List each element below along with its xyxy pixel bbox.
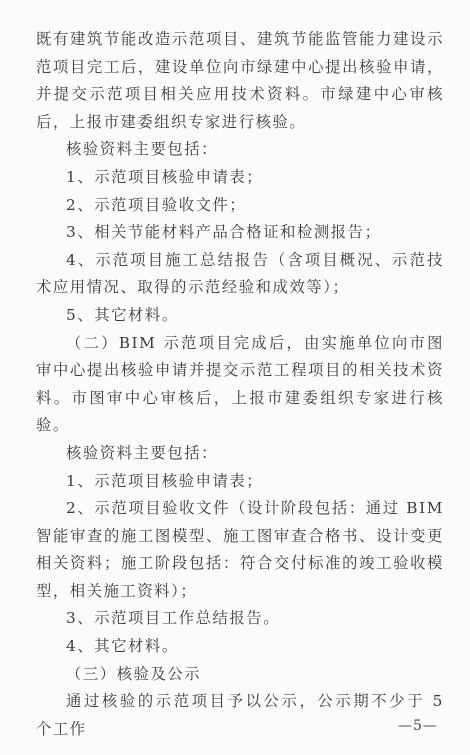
section-heading: （三）核验及公示 <box>36 661 444 689</box>
document-body: 既有建筑节能改造示范项目、建筑节能监管能力建设示范项目完工后，建设单位向市绿建中… <box>36 26 444 743</box>
list-item: 1、示范项目核验申请表； <box>36 468 444 496</box>
list-item: 4、其它材料。 <box>36 633 444 661</box>
document-page: 既有建筑节能改造示范项目、建筑节能监管能力建设示范项目完工后，建设单位向市绿建中… <box>0 0 470 755</box>
heading-materials: 核验资料主要包括： <box>36 440 444 468</box>
paragraph-publicity: 通过核验的示范项目予以公示，公示期不少于 5 个工作 <box>36 688 444 743</box>
page-number: —5— <box>398 718 438 734</box>
paragraph-bim: （二）BIM 示范项目完成后，由实施单位向市图审中心提出核验申请并提交示范工程项… <box>36 330 444 440</box>
list-item: 2、示范项目验收文件； <box>36 192 444 220</box>
paragraph-intro: 既有建筑节能改造示范项目、建筑节能监管能力建设示范项目完工后，建设单位向市绿建中… <box>36 26 444 136</box>
list-item: 1、示范项目核验申请表； <box>36 164 444 192</box>
list-item: 2、示范项目验收文件（设计阶段包括：通过 BIM 智能审查的施工图模型、施工图审… <box>36 495 444 605</box>
list-item: 3、示范项目工作总结报告。 <box>36 605 444 633</box>
list-item: 3、相关节能材料产品合格证和检测报告； <box>36 219 444 247</box>
heading-materials: 核验资料主要包括： <box>36 136 444 164</box>
list-item: 5、其它材料。 <box>36 302 444 330</box>
list-item: 4、示范项目施工总结报告（含项目概况、示范技术应用情况、取得的示范经验和成效等）… <box>36 247 444 302</box>
